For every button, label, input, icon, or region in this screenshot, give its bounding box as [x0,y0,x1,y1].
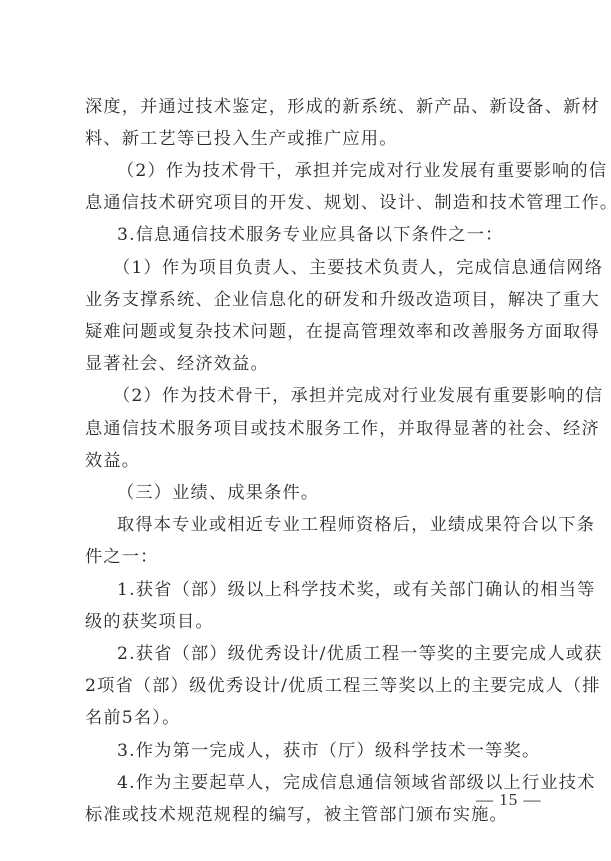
text-line: 级的获奖项目。 [85,611,214,633]
text-line: 1.获省（部）级以上科学技术奖，或有关部门确认的相当等 [117,579,596,601]
text-line: 名前5名）。 [85,707,180,729]
text-line: 料、新工艺等已投入生产或推广应用。 [85,128,398,150]
text-line: 2.获省（部）级优秀设计/优质工程一等奖的主要完成人或获 [117,643,602,665]
section-heading: 3.信息通信技术服务专业应具备以下条件之一： [117,224,504,246]
text-line: 息通信技术研究项目的开发、规划、设计、制造和技术管理工作。 [85,192,611,214]
text-line: 疑难问题或复杂技术问题，在提高管理效率和改善服务方面取得 [85,321,600,343]
page-number: — 15 — [476,790,542,810]
text-line: （2）作为技术骨干，承担并完成对行业发展有重要影响的信 [113,385,603,407]
text-line: 显著社会、经济效益。 [85,353,269,375]
text-line: 息通信技术服务项目或技术服务工作，并取得显著的社会、经济 [85,418,600,440]
text-line: 标准或技术规范规程的编写，被主管部门颁布实施。 [85,804,508,826]
text-line: 业务支撑系统、企业信息化的研发和升级改造项目，解决了重大 [85,289,600,311]
text-line: 3.作为第一完成人，获市（厅）级科学技术一等奖。 [117,740,540,762]
text-line: 2项省（部）级优秀设计/优质工程三等奖以上的主要完成人（排 [85,675,601,697]
text-line: （2）作为技术骨干，承担并完成对行业发展有重要影响的信 [117,160,607,182]
text-line: （1）作为项目负责人、主要技术负责人，完成信息通信网络 [113,257,603,279]
text-line: 取得本专业或相近专业工程师资格后，业绩成果符合以下条 [117,514,595,536]
section-heading: （三）业绩、成果条件。 [117,482,319,504]
text-line: 深度，并通过技术鉴定，形成的新系统、新产品、新设备、新材 [85,96,600,118]
text-line: 效益。 [85,450,140,472]
text-line: 件之一： [85,546,159,568]
